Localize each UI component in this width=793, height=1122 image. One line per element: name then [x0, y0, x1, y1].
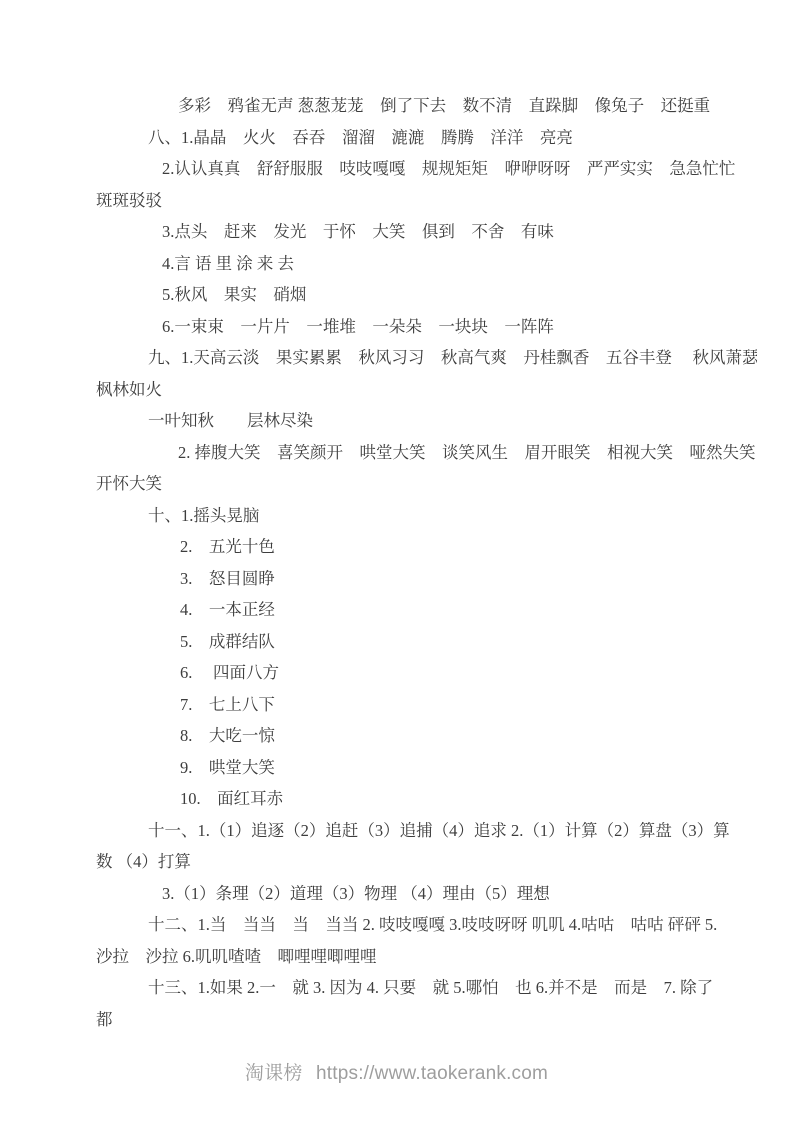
answer-line: 数 （4）打算 — [96, 846, 757, 878]
answer-line: 5. 成群结队 — [96, 626, 757, 658]
answer-line: 十一、1.（1）追逐（2）追赶（3）追捕（4）追求 2.（1）计算（2）算盘（3… — [96, 815, 757, 847]
answer-line: 4.言 语 里 涂 来 去 — [96, 248, 757, 280]
footer-site-name: 淘课榜 — [245, 1063, 303, 1084]
answer-line: 9. 哄堂大笑 — [96, 752, 757, 784]
answer-line: 2. 五光十色 — [96, 531, 757, 563]
answer-line: 10. 面红耳赤 — [96, 783, 757, 815]
answer-text-body: 多彩 鸦雀无声 葱葱茏茏 倒了下去 数不清 直跺脚 像兔子 还挺重八、1.晶晶 … — [96, 90, 757, 1035]
answer-line: 开怀大笑 — [96, 468, 757, 500]
answer-line: 7. 七上八下 — [96, 689, 757, 721]
answer-line: 十、1.摇头晃脑 — [96, 500, 757, 532]
answer-line: 3.点头 赶来 发光 于怀 大笑 俱到 不舍 有味 — [96, 216, 757, 248]
answer-line: 5.秋风 果实 硝烟 — [96, 279, 757, 311]
document-page: 多彩 鸦雀无声 葱葱茏茏 倒了下去 数不清 直跺脚 像兔子 还挺重八、1.晶晶 … — [0, 0, 793, 1122]
answer-line: 4. 一本正经 — [96, 594, 757, 626]
answer-line: 2. 捧腹大笑 喜笑颜开 哄堂大笑 谈笑风生 眉开眼笑 相视大笑 哑然失笑 — [96, 437, 757, 469]
answer-line: 3.（1）条理（2）道理（3）物理 （4）理由（5）理想 — [96, 878, 757, 910]
answer-line: 8. 大吃一惊 — [96, 720, 757, 752]
answer-line: 3. 怒目圆睁 — [96, 563, 757, 595]
answer-line: 斑斑驳驳 — [96, 185, 757, 217]
answer-line: 十二、1.当 当当 当 当当 2. 吱吱嘎嘎 3.吱吱呀呀 叽叽 4.咕咕 咕咕… — [96, 909, 757, 941]
answer-line: 枫林如火 — [96, 374, 757, 406]
answer-line: 八、1.晶晶 火火 吞吞 溜溜 漉漉 腾腾 洋洋 亮亮 — [96, 122, 757, 154]
answer-line: 都 — [96, 1004, 757, 1036]
answer-line: 沙拉 沙拉 6.叽叽喳喳 唧哩哩唧哩哩 — [96, 941, 757, 973]
answer-line: 一叶知秋 层林尽染 — [96, 405, 757, 437]
answer-line: 十三、1.如果 2.一 就 3. 因为 4. 只要 就 5.哪怕 也 6.并不是… — [96, 972, 757, 1004]
answer-line: 2.认认真真 舒舒服服 吱吱嘎嘎 规规矩矩 咿咿呀呀 严严实实 急急忙忙 — [96, 153, 757, 185]
answer-line: 6. 四面八方 — [96, 657, 757, 689]
page-footer: 淘课榜 https://www.taokerank.com — [0, 1058, 793, 1085]
footer-site-url: https://www.taokerank.com — [316, 1063, 548, 1084]
answer-line: 6.一束束 一片片 一堆堆 一朵朵 一块块 一阵阵 — [96, 311, 757, 343]
answer-line: 九、1.天高云淡 果实累累 秋风习习 秋高气爽 丹桂飘香 五谷丰登 秋风萧瑟 — [96, 342, 757, 374]
answer-line: 多彩 鸦雀无声 葱葱茏茏 倒了下去 数不清 直跺脚 像兔子 还挺重 — [96, 90, 757, 122]
